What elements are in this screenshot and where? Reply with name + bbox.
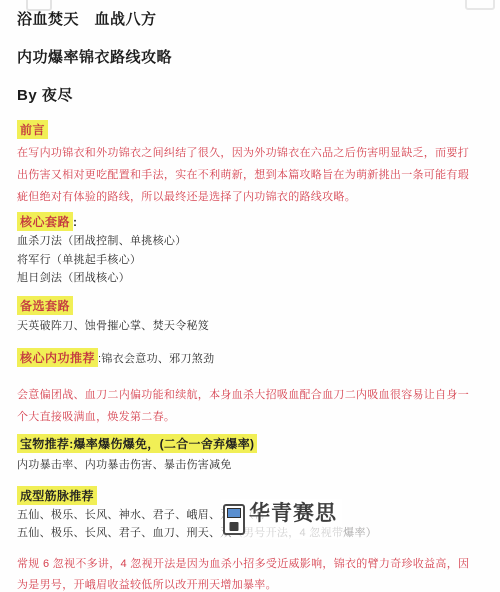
core-routes-colon: : xyxy=(73,215,77,229)
core-neigong-heading: 核心内功推荐 xyxy=(17,348,98,367)
console-button-shape xyxy=(230,522,239,531)
watermark-text: 华青赛思 xyxy=(249,501,337,527)
watermark: 华青赛思 xyxy=(221,499,342,539)
treasure-heading: 宝物推荐:爆率爆伤爆免，(二合一舍弃爆率) xyxy=(17,434,257,453)
treasure-list: 内功暴击率、内功暴击伤害、暴击伤害减免 xyxy=(17,456,232,474)
neigong-note-paragraph: 会意偏团战、血刀二内偏功能和续航，本身血杀大招吸血配合血刀二内吸血很容易让自身一… xyxy=(17,384,497,428)
final-note-paragraph: 常规 6 忽视不多讲，4 忽视开法是因为血杀小招多受近威影响，锦衣的臂力奇珍收益… xyxy=(17,554,497,592)
core-routes-heading-row: 核心套路: xyxy=(17,212,77,231)
meridians-line2-text: 五仙、极乐、长风、君子、血刀、刑天、双 xyxy=(17,527,232,539)
meridians-line1-text: 五仙、极乐、长风、神水、君子、峨眉、双隐 xyxy=(17,509,243,521)
alt-routes-heading: 备选套路 xyxy=(17,296,73,315)
preface-paragraph: 在写内功锦衣和外功锦衣之间纠结了很久，因为外功锦衣在六品之后伤害明显缺乏，而要打… xyxy=(17,142,497,208)
alt-routes-list: 天英破阵刀、蚀骨摧心掌、焚天令秘笈 xyxy=(17,317,209,335)
core-neigong-detail: :锦衣会意功、邪刀煞劲 xyxy=(98,353,214,365)
meridians-heading: 成型筋脉推荐 xyxy=(17,486,97,505)
core-route-item: 旭日剑法（团战核心） xyxy=(17,269,187,288)
alt-routes-heading-row: 备选套路 xyxy=(17,296,73,315)
core-routes-heading: 核心套路 xyxy=(17,212,73,231)
core-neigong-row: 核心内功推荐:锦衣会意功、邪刀煞劲 xyxy=(17,348,214,367)
core-route-item: 血杀刀法（团战控制、单挑核心） xyxy=(17,232,187,251)
author-line: By 夜尽 xyxy=(17,84,73,105)
guide-document: 浴血焚天 血战八方 内功爆率锦衣路线攻略 By 夜尽 前言 在写内功锦衣和外功锦… xyxy=(0,0,500,592)
meridians-heading-row: 成型筋脉推荐 xyxy=(17,486,97,505)
preface-heading: 前言 xyxy=(17,120,48,139)
document-subtitle: 内功爆率锦衣路线攻略 xyxy=(17,46,172,67)
cropped-frame-corner-right xyxy=(465,0,495,10)
console-screen-shape xyxy=(227,508,241,518)
treasure-heading-row: 宝物推荐:爆率爆伤爆免，(二合一舍弃爆率) xyxy=(17,434,257,453)
preface-heading-row: 前言 xyxy=(17,120,48,139)
core-route-item: 将军行（单挑起手核心） xyxy=(17,251,187,270)
core-routes-list: 血杀刀法（团战控制、单挑核心） 将军行（单挑起手核心） 旭日剑法（团战核心） xyxy=(17,232,187,288)
handheld-console-icon xyxy=(223,504,245,535)
document-title: 浴血焚天 血战八方 xyxy=(17,8,157,29)
